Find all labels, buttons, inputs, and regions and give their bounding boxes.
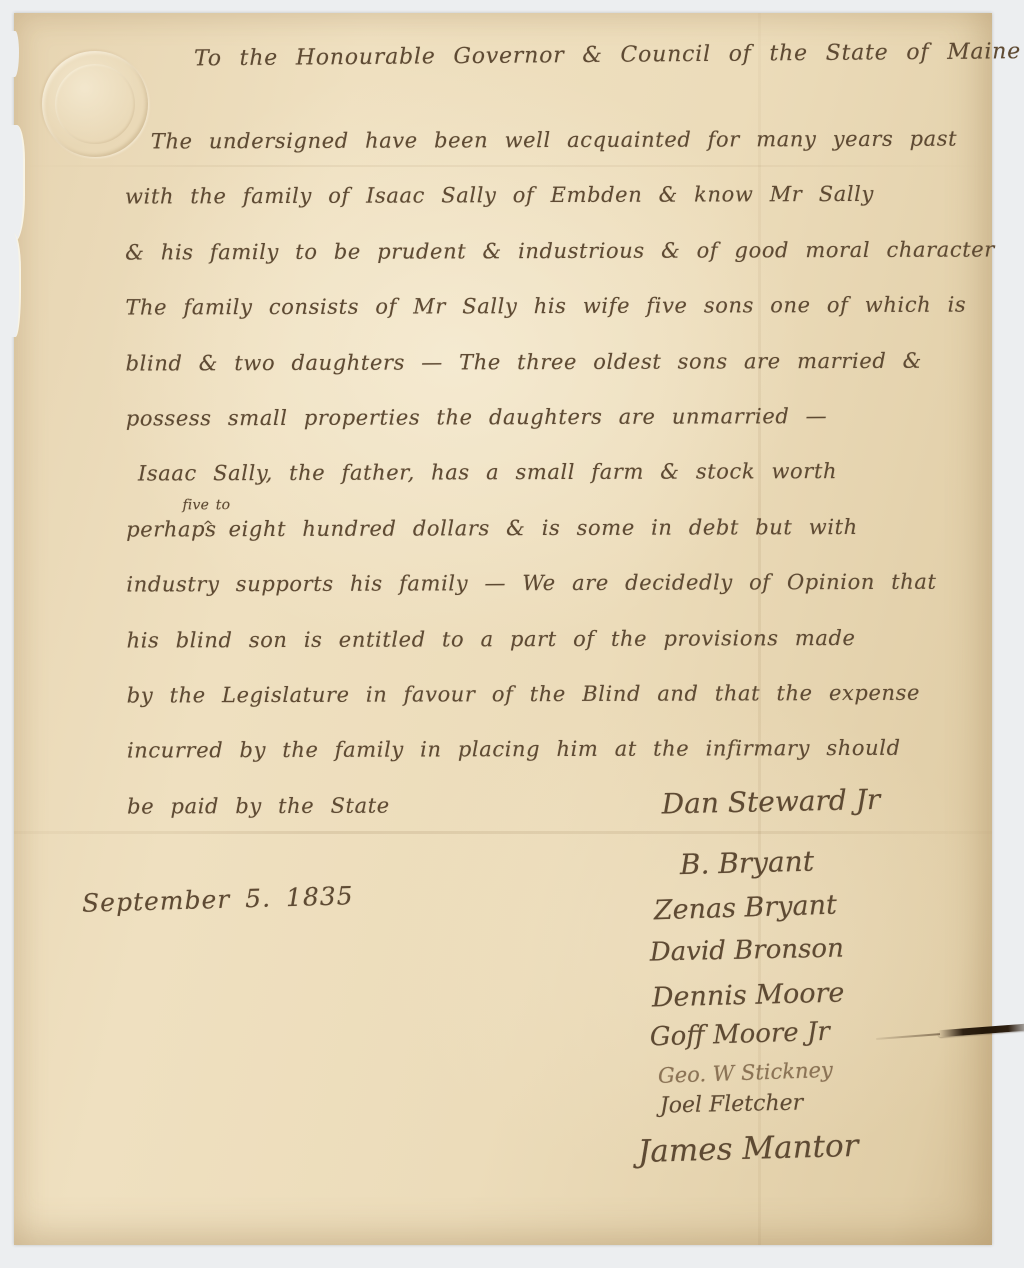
torn-edge (10, 233, 21, 337)
body-line: Isaac Sally, the father, has a small far… (126, 444, 992, 502)
body-line: blind & two daughters — The three oldest… (126, 333, 992, 391)
manuscript-page: To the Honourable Governor & Council of … (14, 13, 992, 1245)
date-line: September 5. 1835 (82, 881, 354, 918)
body-line: possess small properties the daughters a… (126, 389, 992, 447)
body-line: & his family to be prudent & industrious… (125, 222, 991, 280)
insertion-caret: ^ (203, 520, 215, 533)
signature: James Mantor (637, 1125, 994, 1177)
body-line: his blind son is entitled to a part of t… (126, 610, 992, 668)
torn-edge (10, 125, 25, 241)
body-line: The family consists of Mr Sally his wife… (125, 278, 991, 336)
signature-column: Dan Steward Jr B. Bryant Zenas Bryant Da… (632, 785, 994, 1172)
document-scan: To the Honourable Governor & Council of … (0, 0, 1024, 1268)
signature: Dan Steward Jr (661, 782, 994, 849)
ink-smear (938, 1024, 1024, 1038)
body-line: The undersigned have been well acquainte… (125, 111, 991, 169)
body-line: incurred by the family in placing him at… (127, 721, 993, 779)
interlinear-insertion: five to (182, 498, 230, 512)
body-line-part: eight hundred dollars & is some in debt … (229, 515, 858, 541)
body-line-with-insertion: perhapsfive to^eight hundred dollars & i… (126, 499, 992, 557)
torn-edge (11, 31, 19, 77)
body-line: by the Legislature in favour of the Blin… (127, 666, 993, 724)
signature-text: Goff Moore Jr (649, 1017, 830, 1053)
petition-body: The undersigned have been well acquainte… (125, 111, 994, 834)
salutation-line: To the Honourable Governor & Council of … (194, 40, 974, 72)
body-line: industry supports his family — We are de… (126, 555, 992, 613)
embossed-seal-inner-ring (55, 64, 135, 144)
body-line: with the family of Isaac Sally of Embden… (125, 167, 991, 225)
